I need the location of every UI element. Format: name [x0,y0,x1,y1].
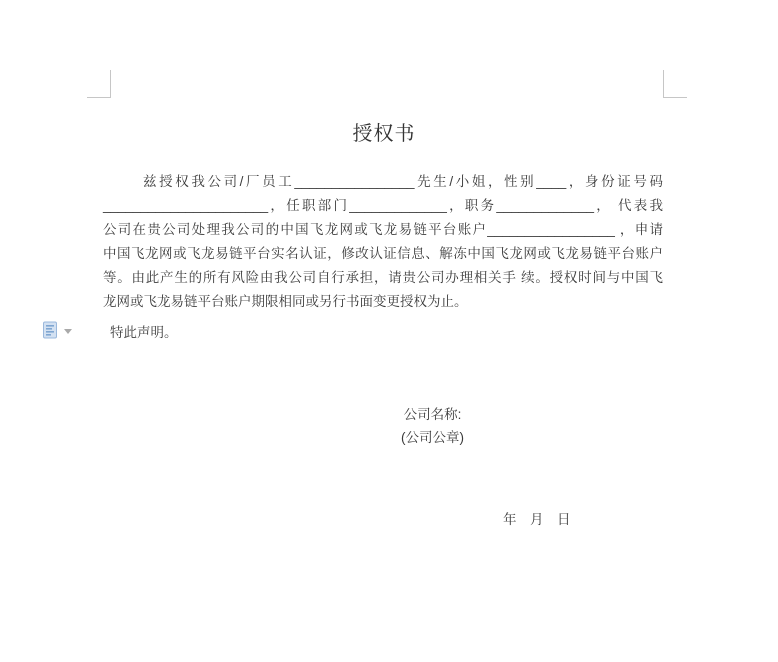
declaration-text: 特此声明。 [110,321,178,345]
paste-options-button[interactable] [42,321,72,340]
text-boundary-mark-top-left [87,70,111,98]
chevron-down-icon [64,329,72,334]
company-name-label: 公司名称: [335,403,530,426]
paragraph-line: 兹授权我公司/厂员工________________先生/小姐，性别____，身… [103,170,663,194]
paragraph-line: 中国飞龙网或飞龙易链平台实名认证，修改认证信息、解冻中国飞龙网或飞龙易链平台账户 [103,242,663,266]
page-title: 授权书 [104,117,664,146]
paragraph-line: ______________________，任职部门_____________… [103,194,663,218]
paragraph-line: 龙网或飞龙易链平台账户期限相同或另行书面变更授权为止。 [103,290,663,314]
date-line: 年 月 日 [503,510,571,530]
authorization-paragraph: 兹授权我公司/厂员工________________先生/小姐，性别____，身… [103,170,663,314]
signature-block: 公司名称: (公司公章) [335,403,530,449]
paragraph-line: 等。由此产生的所有风险由我公司自行承担，请贵公司办理相关手 续。授权时间与中国飞 [103,266,663,290]
text-boundary-mark-top-right [663,70,687,98]
document-page: 授权书 兹授权我公司/厂员工________________先生/小姐，性别__… [0,0,778,662]
paste-options-icon [42,321,59,340]
company-seal-label: (公司公章) [335,426,530,449]
paragraph-line: 公司在贵公司处理我公司的中国飞龙网或飞龙易链平台账户______________… [103,218,663,242]
